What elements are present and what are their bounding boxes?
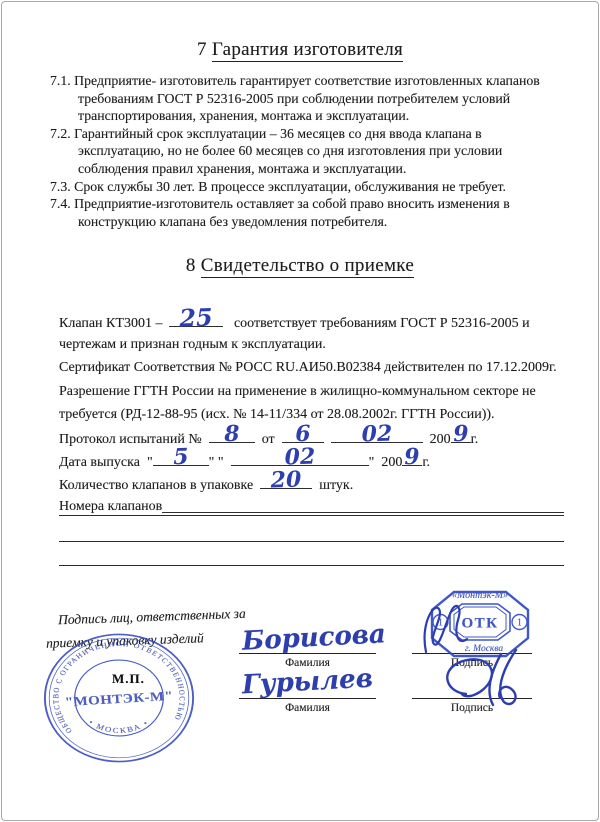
item-number: 7.4. xyxy=(50,196,71,211)
quantity-line: Количество клапанов в упаковке 20 штук. xyxy=(59,475,353,494)
section-7-items: 7.1. Предприятие- изготовитель гарантиру… xyxy=(50,72,560,230)
certificate-text: Сертификат Соответствия № РОСС RU.АИ50.В… xyxy=(59,360,557,375)
family-label-2: Фамилия xyxy=(239,702,376,714)
warranty-item-3: 7.3. Срок службы 30 лет. В процессе эксп… xyxy=(50,178,560,196)
round-company-stamp: ОБЩЕСТВО С ОГРАНИЧЕННОЙ ОТВЕТСТВЕННОСТЬЮ… xyxy=(42,632,196,764)
item-text: Предприятие-изготовитель оставляет за со… xyxy=(74,196,510,229)
quantity-field: 20 xyxy=(260,475,312,489)
signature-caption-1: Подпись лиц, ответственных за xyxy=(58,606,246,629)
valve-line: Клапан КТ3001 – 25 соответствует требова… xyxy=(59,313,530,332)
protocol-day-field: 6 xyxy=(282,429,324,443)
blank-line-3 xyxy=(59,565,564,566)
stamp-bottom-text: • МОСКВА • xyxy=(87,718,151,735)
handwritten-protocol-month: 02 xyxy=(361,425,392,446)
valve-line2-text: чертежам и признан годным к эксплуатации… xyxy=(59,337,326,352)
release-year-prefix: 200 xyxy=(381,455,402,470)
valve-suffix: соответствует требованиям ГОСТ Р 52316-2… xyxy=(234,316,530,331)
stamp-center-text: "МОНТЭК-М" xyxy=(64,690,173,710)
svg-text:• МОСКВА •: • МОСКВА • xyxy=(87,718,151,735)
section-7-title: 7 Гарантия изготовителя xyxy=(2,39,598,61)
release-label: Дата выпуска xyxy=(59,455,140,470)
svg-text:ОБЩЕСТВО С ОГРАНИЧЕННОЙ ОТВЕТС: ОБЩЕСТВО С ОГРАНИЧЕННОЙ ОТВЕТСТВЕННОСТЬЮ xyxy=(51,639,187,735)
warranty-item-4: 7.4. Предприятие-изготовитель оставляет … xyxy=(50,195,560,230)
warranty-item-2: 7.2. Гарантийный срок эксплуатации – 36 … xyxy=(50,125,560,178)
permission-text-1: Разрешение ГГТН России на применение в ж… xyxy=(59,384,536,399)
release-day-field: 5 xyxy=(153,452,209,466)
quote-close: " xyxy=(369,455,375,470)
protocol-ot: от xyxy=(262,432,275,447)
handwritten-release-year: 9 xyxy=(404,448,420,468)
section-7-number: 7 xyxy=(197,39,207,60)
blank-line-1 xyxy=(59,515,564,516)
handwritten-protocol-number: 8 xyxy=(224,425,240,445)
valve-numbers-field xyxy=(162,499,564,513)
protocol-year-field: 9 xyxy=(451,429,471,443)
valve-number-field: 25 xyxy=(169,313,223,327)
valve-line-2: чертежам и признан годным к эксплуатации… xyxy=(59,337,326,353)
valve-numbers-label: Номера клапанов xyxy=(59,499,162,515)
item-text: Предприятие- изготовитель гарантирует со… xyxy=(74,73,540,123)
valve-prefix: Клапан КТ3001 – xyxy=(59,316,162,331)
release-month-field: 02 xyxy=(231,452,369,466)
section-7-title-text: Гарантия изготовителя xyxy=(212,39,403,62)
protocol-year-suffix: г. xyxy=(471,432,479,447)
item-text: Срок службы 30 лет. В процессе эксплуата… xyxy=(74,179,506,194)
handwritten-release-month: 02 xyxy=(284,448,315,469)
warranty-item-1: 7.1. Предприятие- изготовитель гарантиру… xyxy=(50,72,560,125)
item-text: Гарантийный срок эксплуатации – 36 месяц… xyxy=(74,126,502,176)
item-number: 7.2. xyxy=(50,126,71,141)
blank-line-2 xyxy=(59,541,564,542)
protocol-number-field: 8 xyxy=(209,429,255,443)
quote-mid: " " xyxy=(209,455,224,470)
stamp-ring-text: ОБЩЕСТВО С ОГРАНИЧЕННОЙ ОТВЕТСТВЕННОСТЬЮ xyxy=(51,639,187,735)
family-line-2 xyxy=(239,667,376,699)
item-number: 7.1. xyxy=(50,73,71,88)
handwritten-valve-number: 25 xyxy=(179,307,213,330)
handwritten-signature-2 xyxy=(438,648,546,710)
release-year-field: 9 xyxy=(402,452,422,466)
section-8-number: 8 xyxy=(186,255,196,276)
permission-line-1: Разрешение ГГТН России на применение в ж… xyxy=(59,384,536,400)
release-year-suffix: г. xyxy=(422,455,430,470)
valve-numbers-line: Номера клапанов xyxy=(59,499,564,515)
family-line-1 xyxy=(239,622,376,654)
quantity-label: Количество клапанов в упаковке xyxy=(59,478,253,493)
handwritten-protocol-year: 9 xyxy=(453,425,469,445)
protocol-year-prefix: 200 xyxy=(430,432,451,447)
protocol-month-field: 02 xyxy=(331,429,423,443)
handwritten-release-day: 5 xyxy=(173,448,189,468)
section-8-title-text: Свидетельство о приемке xyxy=(201,255,414,278)
handwritten-quantity: 20 xyxy=(271,471,302,492)
section-8-title: 8 Свидетельство о приемке xyxy=(2,255,598,277)
scanned-document-page: 7 Гарантия изготовителя 7.1. Предприятие… xyxy=(1,1,599,821)
certificate-line: Сертификат Соответствия № РОСС RU.АИ50.В… xyxy=(59,360,557,376)
quantity-suffix: штук. xyxy=(319,478,353,493)
handwritten-protocol-day: 6 xyxy=(295,425,311,445)
release-date-line: Дата выпуска " 5 " " 02 " 200 9 г. xyxy=(59,452,430,471)
permission-text-2: требуется (РД-12-88-95 (исх. № 14-11/334… xyxy=(59,407,495,422)
otk-stamp-right-number: 1 xyxy=(517,618,522,629)
permission-line-2: требуется (РД-12-88-95 (исх. № 14-11/334… xyxy=(59,407,495,423)
item-number: 7.3. xyxy=(50,179,71,194)
